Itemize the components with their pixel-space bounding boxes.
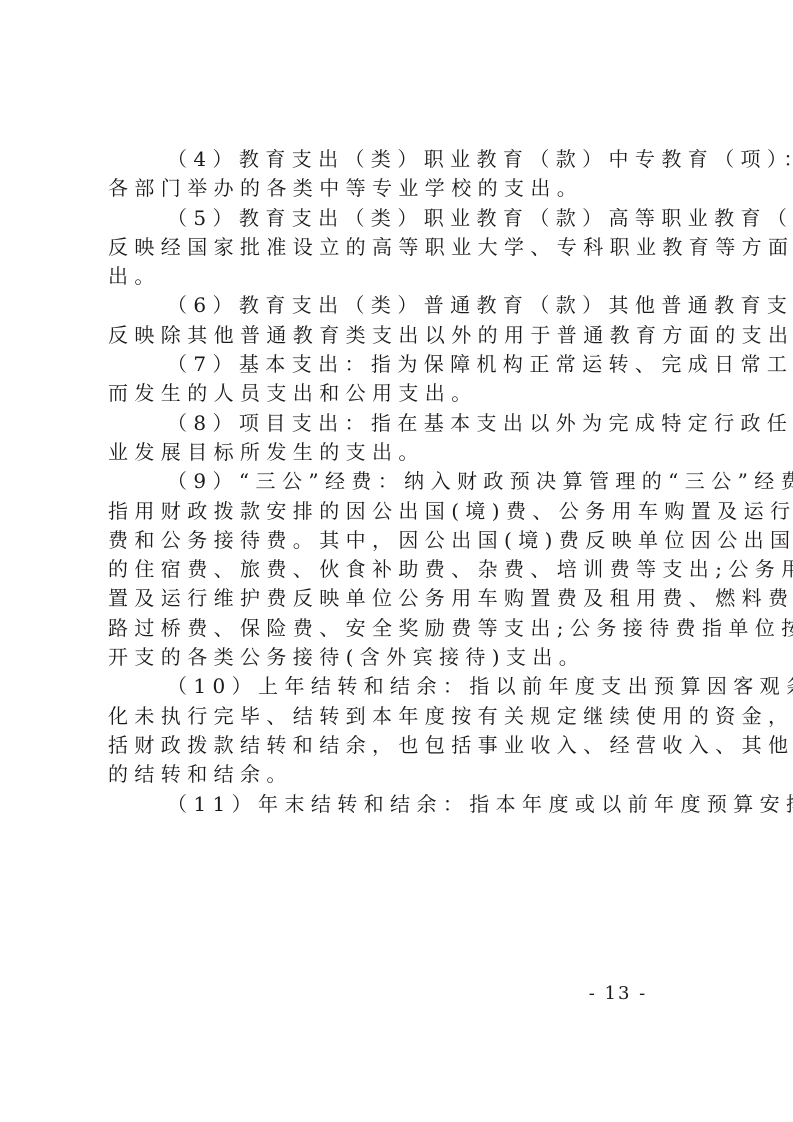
paragraph-line: 的结转和结余。 xyxy=(108,760,700,789)
paragraph-line: （11）年末结转和结余：指本年度或以前年度预算安排、因 xyxy=(108,790,700,819)
paragraph-line: 开支的各类公务接待(含外宾接待)支出。 xyxy=(108,643,700,672)
paragraph-line: 各部门举办的各类中等专业学校的支出。 xyxy=(108,174,700,203)
paragraph-line: 而发生的人员支出和公用支出。 xyxy=(108,379,700,408)
paragraph-line: 反映经国家批准设立的高等职业大学、专科职业教育等方面的支 xyxy=(108,233,700,262)
paragraph-line: 反映除其他普通教育类支出以外的用于普通教育方面的支出。 xyxy=(108,321,700,350)
body-text: （4）教育支出（类）职业教育（款）中专教育（项）：反映 各部门举办的各类中等专业… xyxy=(108,145,700,819)
paragraph-line: 置及运行维护费反映单位公务用车购置费及租用费、燃料费、过 xyxy=(108,584,700,613)
paragraph-line: 指用财政拨款安排的因公出国(境)费、公务用车购置及运行维护 xyxy=(108,497,700,526)
paragraph-line: （9）“三公”经费：纳入财政预决算管理的“三公”经费是 xyxy=(108,467,700,496)
paragraph-line: 化未执行完毕、结转到本年度按有关规定继续使用的资金，既包 xyxy=(108,702,700,731)
page-number: - 13 - xyxy=(560,982,676,1006)
paragraph-line: 出。 xyxy=(108,262,700,291)
paragraph-line: （8）项目支出：指在基本支出以外为完成特定行政任务和事 xyxy=(108,409,700,438)
paragraph-line: （6）教育支出（类）普通教育（款）其他普通教育支出（项）： xyxy=(108,291,700,320)
paragraph-line: 业发展目标所发生的支出。 xyxy=(108,438,700,467)
paragraph-line: 的住宿费、旅费、伙食补助费、杂费、培训费等支出;公务用车购 xyxy=(108,555,700,584)
document-page: （4）教育支出（类）职业教育（款）中专教育（项）：反映 各部门举办的各类中等专业… xyxy=(0,0,793,1122)
paragraph-line: （5）教育支出（类）职业教育（款）高等职业教育（项）： xyxy=(108,204,700,233)
paragraph-line: （10）上年结转和结余：指以前年度支出预算因客观条件变 xyxy=(108,672,700,701)
paragraph-line: （7）基本支出：指为保障机构正常运转、完成日常工作任务 xyxy=(108,350,700,379)
paragraph-line: （4）教育支出（类）职业教育（款）中专教育（项）：反映 xyxy=(108,145,700,174)
paragraph-line: 费和公务接待费。其中，因公出国(境)费反映单位因公出国(境) xyxy=(108,526,700,555)
paragraph-line: 路过桥费、保险费、安全奖励费等支出;公务接待费指单位按规定 xyxy=(108,614,700,643)
paragraph-line: 括财政拨款结转和结余，也包括事业收入、经营收入、其他收入 xyxy=(108,731,700,760)
